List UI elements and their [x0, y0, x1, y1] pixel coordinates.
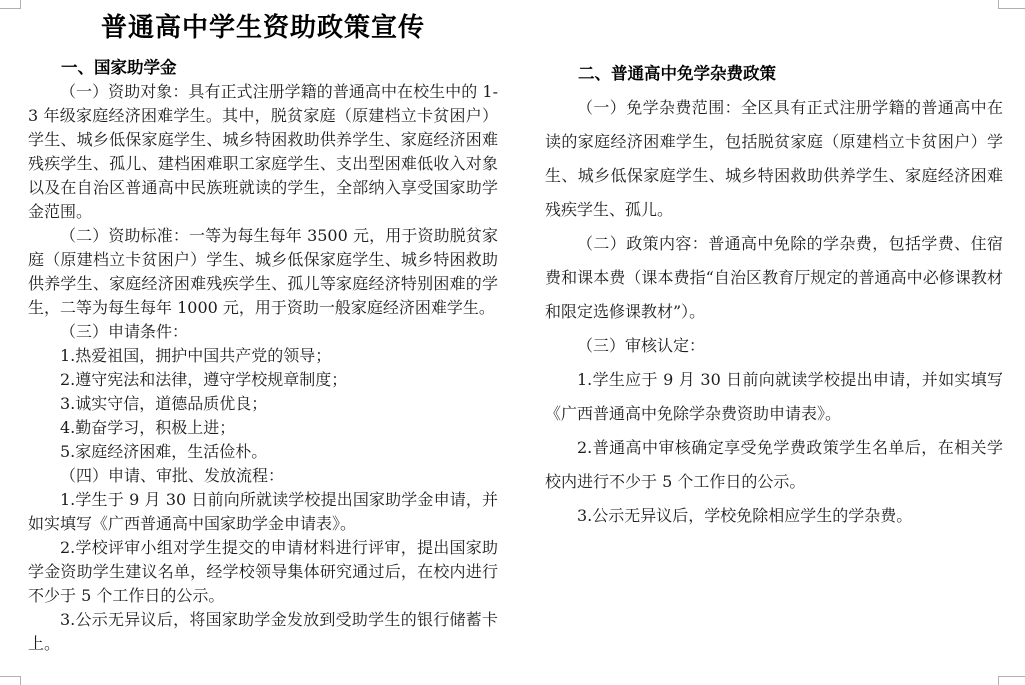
text-boundary-mark-bottom-left — [0, 676, 21, 685]
review-step-1: 1.学生应于 9 月 30 日前向就读学校提出申请，并如实填写《广西普通高中免除… — [545, 363, 1003, 431]
text-boundary-mark-bottom-right — [998, 676, 1025, 685]
document-title: 普通高中学生资助政策宣传 — [28, 12, 498, 44]
condition-item-3: 3.诚实守信，道德品质优良； — [28, 392, 498, 416]
column-left: 普通高中学生资助政策宣传 一、国家助学金 （一）资助对象：具有正式注册学籍的普通… — [28, 6, 498, 656]
paragraph-waiver-scope: （一）免学杂费范围：全区具有正式注册学籍的普通高中在读的家庭经济困难学生，包括脱… — [545, 91, 1003, 227]
paragraph-aid-target: （一）资助对象：具有正式注册学籍的普通高中在校生中的 1-3 年级家庭经济困难学… — [28, 80, 498, 224]
condition-item-2: 2.遵守宪法和法律，遵守学校规章制度； — [28, 368, 498, 392]
paragraph-process-heading: （四）申请、审批、发放流程： — [28, 464, 498, 488]
document-page: 普通高中学生资助政策宣传 一、国家助学金 （一）资助对象：具有正式注册学籍的普通… — [0, 0, 1025, 685]
section-1-heading: 一、国家助学金 — [28, 56, 498, 80]
text-boundary-mark-top-left — [0, 0, 21, 9]
column-right: 二、普通高中免学杂费政策 （一）免学杂费范围：全区具有正式注册学籍的普通高中在读… — [545, 57, 1003, 533]
paragraph-review-heading: （三）审核认定： — [545, 329, 1003, 363]
condition-item-4: 4.勤奋学习，积极上进； — [28, 416, 498, 440]
process-step-3: 3.公示无异议后，将国家助学金发放到受助学生的银行储蓄卡上。 — [28, 608, 498, 656]
paragraph-policy-content: （二）政策内容：普通高中免除的学杂费，包括学费、住宿费和课本费（课本费指“自治区… — [545, 227, 1003, 329]
condition-item-5: 5.家庭经济困难，生活俭朴。 — [28, 440, 498, 464]
review-step-2: 2.普通高中审核确定享受免学费政策学生名单后，在相关学校内进行不少于 5 个工作… — [545, 431, 1003, 499]
review-step-3: 3.公示无异议后，学校免除相应学生的学杂费。 — [545, 499, 1003, 533]
paragraph-apply-conditions-heading: （三）申请条件： — [28, 320, 498, 344]
process-step-2: 2.学校评审小组对学生提交的申请材料进行评审，提出国家助学金资助学生建议名单，经… — [28, 536, 498, 608]
process-step-1: 1.学生于 9 月 30 日前向所就读学校提出国家助学金申请，并如实填写《广西普… — [28, 488, 498, 536]
text-boundary-mark-top-right — [998, 0, 1025, 9]
section-2-heading: 二、普通高中免学杂费政策 — [545, 57, 1003, 91]
paragraph-aid-standard: （二）资助标准：一等为每生每年 3500 元，用于资助脱贫家庭（原建档立卡贫困户… — [28, 224, 498, 320]
condition-item-1: 1.热爱祖国，拥护中国共产党的领导； — [28, 344, 498, 368]
